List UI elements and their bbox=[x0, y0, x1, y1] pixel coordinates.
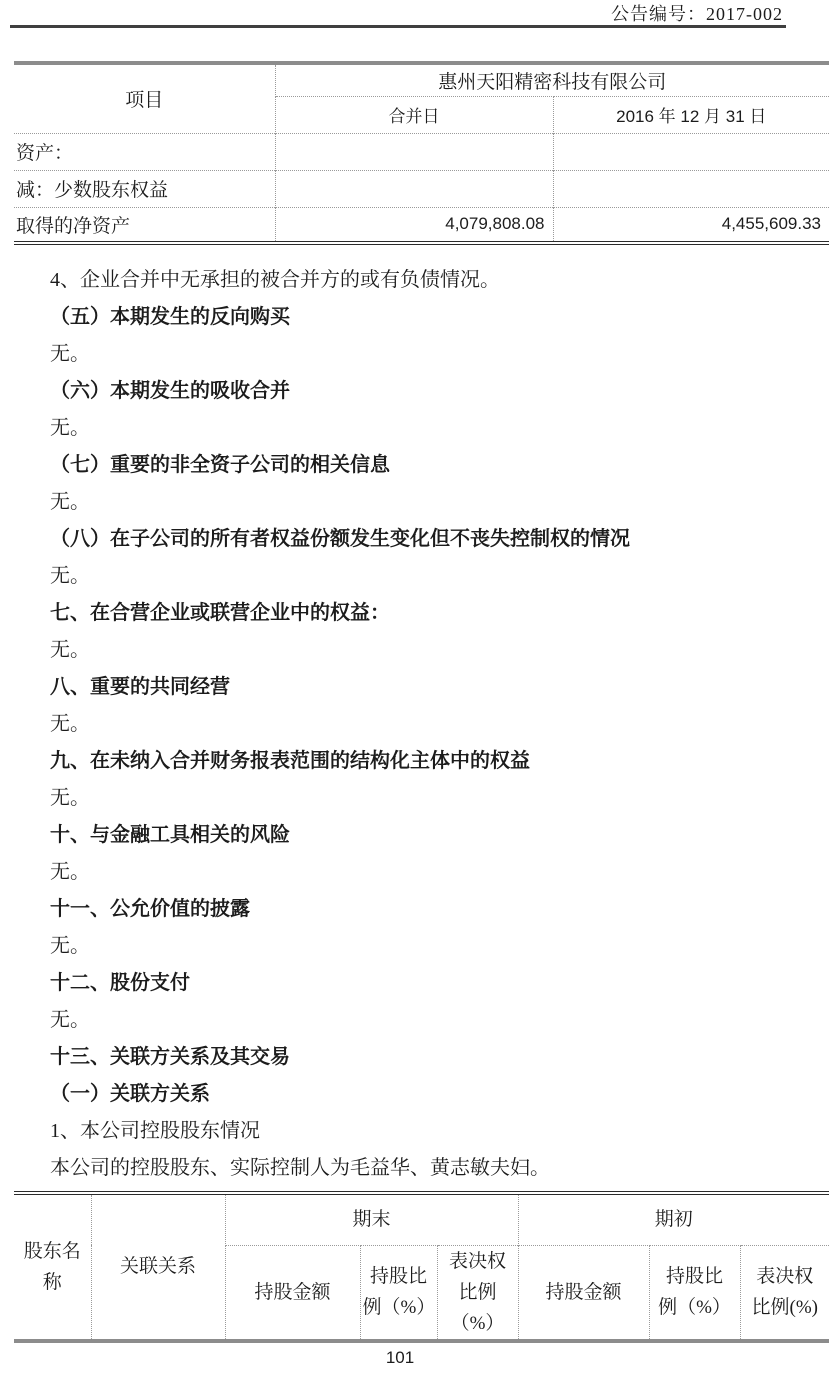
paragraph: 无。 bbox=[0, 558, 815, 595]
paragraph: 无。 bbox=[0, 854, 815, 891]
t2-end-holding-ratio: 持股比 例（%） bbox=[360, 1245, 437, 1341]
row-label: 取得的净资产 bbox=[14, 207, 275, 243]
table-row: 资产： bbox=[14, 133, 829, 170]
cell-merge-day bbox=[275, 133, 553, 170]
cell-merge-day: 4,079,808.08 bbox=[275, 207, 553, 243]
section-heading: （七）重要的非全资子公司的相关信息 bbox=[0, 447, 815, 484]
table-row: 取得的净资产 4,079,808.08 4,455,609.33 bbox=[14, 207, 829, 243]
row-label: 减：少数股东权益 bbox=[14, 170, 275, 207]
section-heading: 九、在未纳入合并财务报表范围的结构化主体中的权益 bbox=[0, 743, 815, 780]
section-heading: 十三、关联方关系及其交易 bbox=[0, 1039, 815, 1076]
t2-header-shareholder-name: 股东名 称 bbox=[14, 1193, 91, 1341]
t2-group-period-end: 期末 bbox=[225, 1193, 518, 1245]
paragraph: 无。 bbox=[0, 928, 815, 965]
section-heading: （六）本期发生的吸收合并 bbox=[0, 373, 815, 410]
paragraph: 无。 bbox=[0, 632, 815, 669]
section-heading: 七、在合营企业或联营企业中的权益： bbox=[0, 595, 815, 632]
announcement-number: 公告编号：2017-002 bbox=[611, 0, 783, 26]
document-page: 公告编号：2017-002 项目 惠州天阳精密科技有限公司 合并日 2016 年… bbox=[0, 0, 829, 1400]
cell-year-end bbox=[553, 133, 829, 170]
table-row: 股东名 称 关联关系 期末 期初 bbox=[14, 1193, 829, 1245]
t2-group-period-begin: 期初 bbox=[518, 1193, 829, 1245]
t1-header-item: 项目 bbox=[14, 63, 275, 133]
paragraph: 无。 bbox=[0, 706, 815, 743]
paragraph: 无。 bbox=[0, 336, 815, 373]
paragraph: 1、本公司控股股东情况 bbox=[0, 1113, 815, 1150]
page-number: 101 bbox=[0, 1348, 800, 1368]
t2-begin-holding-ratio: 持股比 例（%） bbox=[649, 1245, 740, 1341]
t2-header-relation: 关联关系 bbox=[91, 1193, 225, 1341]
cell-year-end: 4,455,609.33 bbox=[553, 207, 829, 243]
section-heading: （一）关联方关系 bbox=[0, 1076, 815, 1113]
paragraph: 无。 bbox=[0, 410, 815, 447]
t1-header-year-end: 2016 年 12 月 31 日 bbox=[553, 96, 829, 133]
cell-merge-day bbox=[275, 170, 553, 207]
body-paragraphs: 4、企业合并中无承担的被合并方的或有负债情况。 （五）本期发生的反向购买 无。 … bbox=[0, 262, 815, 1187]
section-heading: 八、重要的共同经营 bbox=[0, 669, 815, 706]
header-divider bbox=[10, 25, 786, 28]
paragraph: 无。 bbox=[0, 780, 815, 817]
t2-end-voting-ratio: 表决权 比例 （%） bbox=[437, 1245, 518, 1341]
t2-begin-voting-ratio: 表决权 比例(%) bbox=[740, 1245, 829, 1341]
section-heading: （五）本期发生的反向购买 bbox=[0, 299, 815, 336]
t2-begin-holding-amount: 持股金额 bbox=[518, 1245, 649, 1341]
t1-header-merge-day: 合并日 bbox=[275, 96, 553, 133]
cell-year-end bbox=[553, 170, 829, 207]
paragraph: 本公司的控股股东、实际控制人为毛益华、黄志敏夫妇。 bbox=[0, 1150, 815, 1187]
paragraph: 4、企业合并中无承担的被合并方的或有负债情况。 bbox=[0, 262, 815, 299]
section-heading: 十、与金融工具相关的风险 bbox=[0, 817, 815, 854]
t2-end-holding-amount: 持股金额 bbox=[225, 1245, 360, 1341]
table-row: 减：少数股东权益 bbox=[14, 170, 829, 207]
controlling-shareholder-table: 股东名 称 关联关系 期末 期初 持股金额 持股比 例（%） 表决权 比例 （%… bbox=[14, 1191, 829, 1343]
section-heading: （八）在子公司的所有者权益份额发生变化但不丧失控制权的情况 bbox=[0, 521, 815, 558]
paragraph: 无。 bbox=[0, 484, 815, 521]
section-heading: 十二、股份支付 bbox=[0, 965, 815, 1002]
paragraph: 无。 bbox=[0, 1002, 815, 1039]
t1-header-company: 惠州天阳精密科技有限公司 bbox=[275, 63, 829, 96]
table-row: 项目 惠州天阳精密科技有限公司 bbox=[14, 63, 829, 96]
row-label: 资产： bbox=[14, 133, 275, 170]
section-heading: 十一、公允价值的披露 bbox=[0, 891, 815, 928]
net-assets-table: 项目 惠州天阳精密科技有限公司 合并日 2016 年 12 月 31 日 资产：… bbox=[14, 61, 829, 245]
